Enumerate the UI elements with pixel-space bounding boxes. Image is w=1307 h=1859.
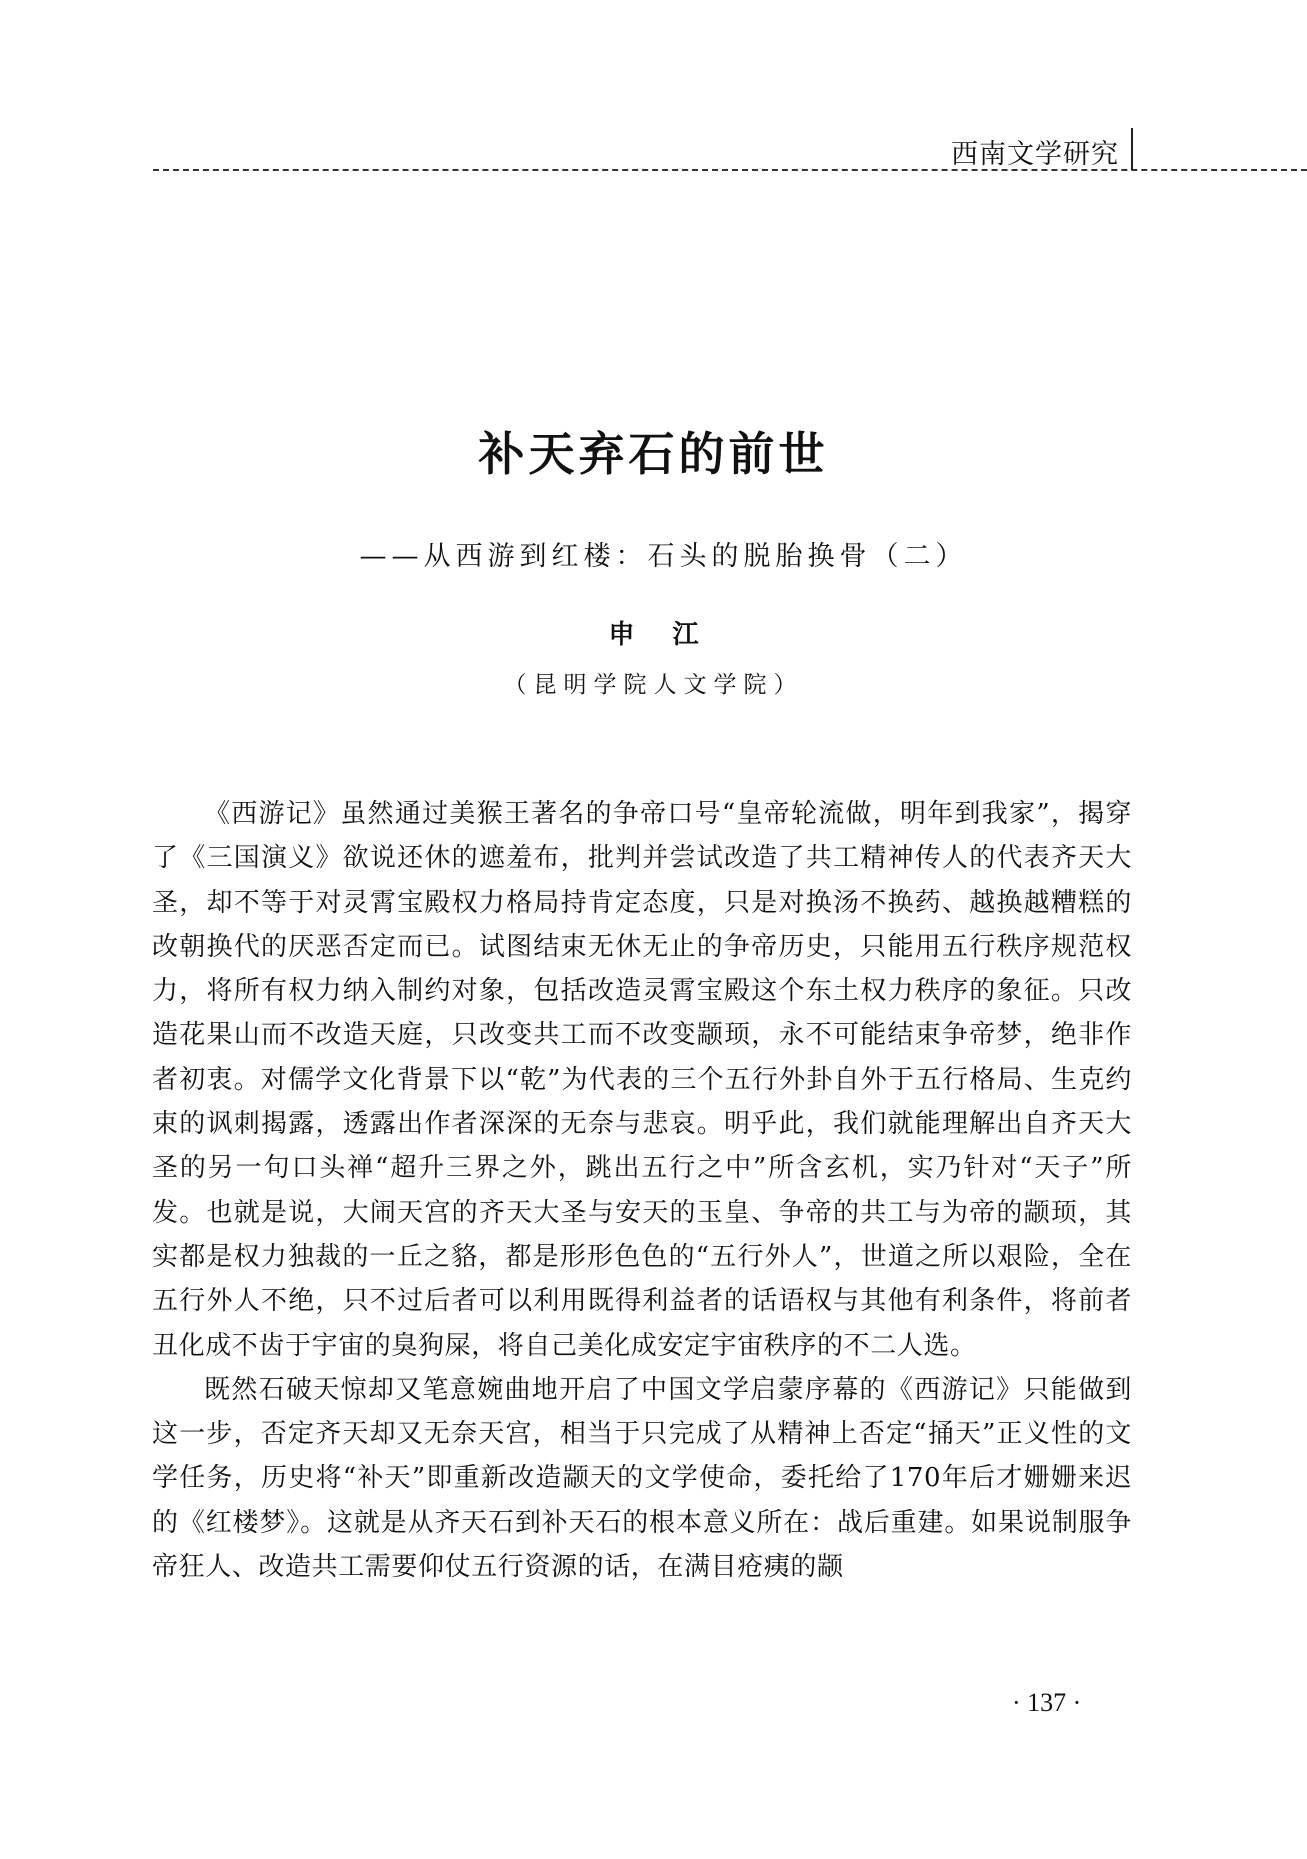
body-paragraph: 既然石破天惊却又笔意婉曲地开启了中国文学启蒙序幕的《西游记》只能做到这一步，否定… bbox=[152, 1368, 1132, 1589]
page-number: · 137 · bbox=[1012, 1688, 1081, 1718]
author-affiliation: （昆明学院人文学院） bbox=[0, 666, 1307, 699]
header-vertical-bar bbox=[1131, 128, 1133, 170]
article-title: 补天弃石的前世 bbox=[0, 418, 1307, 484]
article-body: 《西游记》虽然通过美猴王著名的争帝口号“皇帝轮流做，明年到我家”，揭穿了《三国演… bbox=[152, 792, 1132, 1589]
author-name: 申江 bbox=[0, 614, 1307, 651]
article-subtitle: ——从西游到红楼：石头的脱胎换骨（二） bbox=[0, 534, 1307, 573]
header-dashed-rule bbox=[153, 169, 1307, 171]
journal-name: 西南文学研究 bbox=[951, 132, 1119, 171]
body-paragraph: 《西游记》虽然通过美猴王著名的争帝口号“皇帝轮流做，明年到我家”，揭穿了《三国演… bbox=[152, 792, 1132, 1368]
